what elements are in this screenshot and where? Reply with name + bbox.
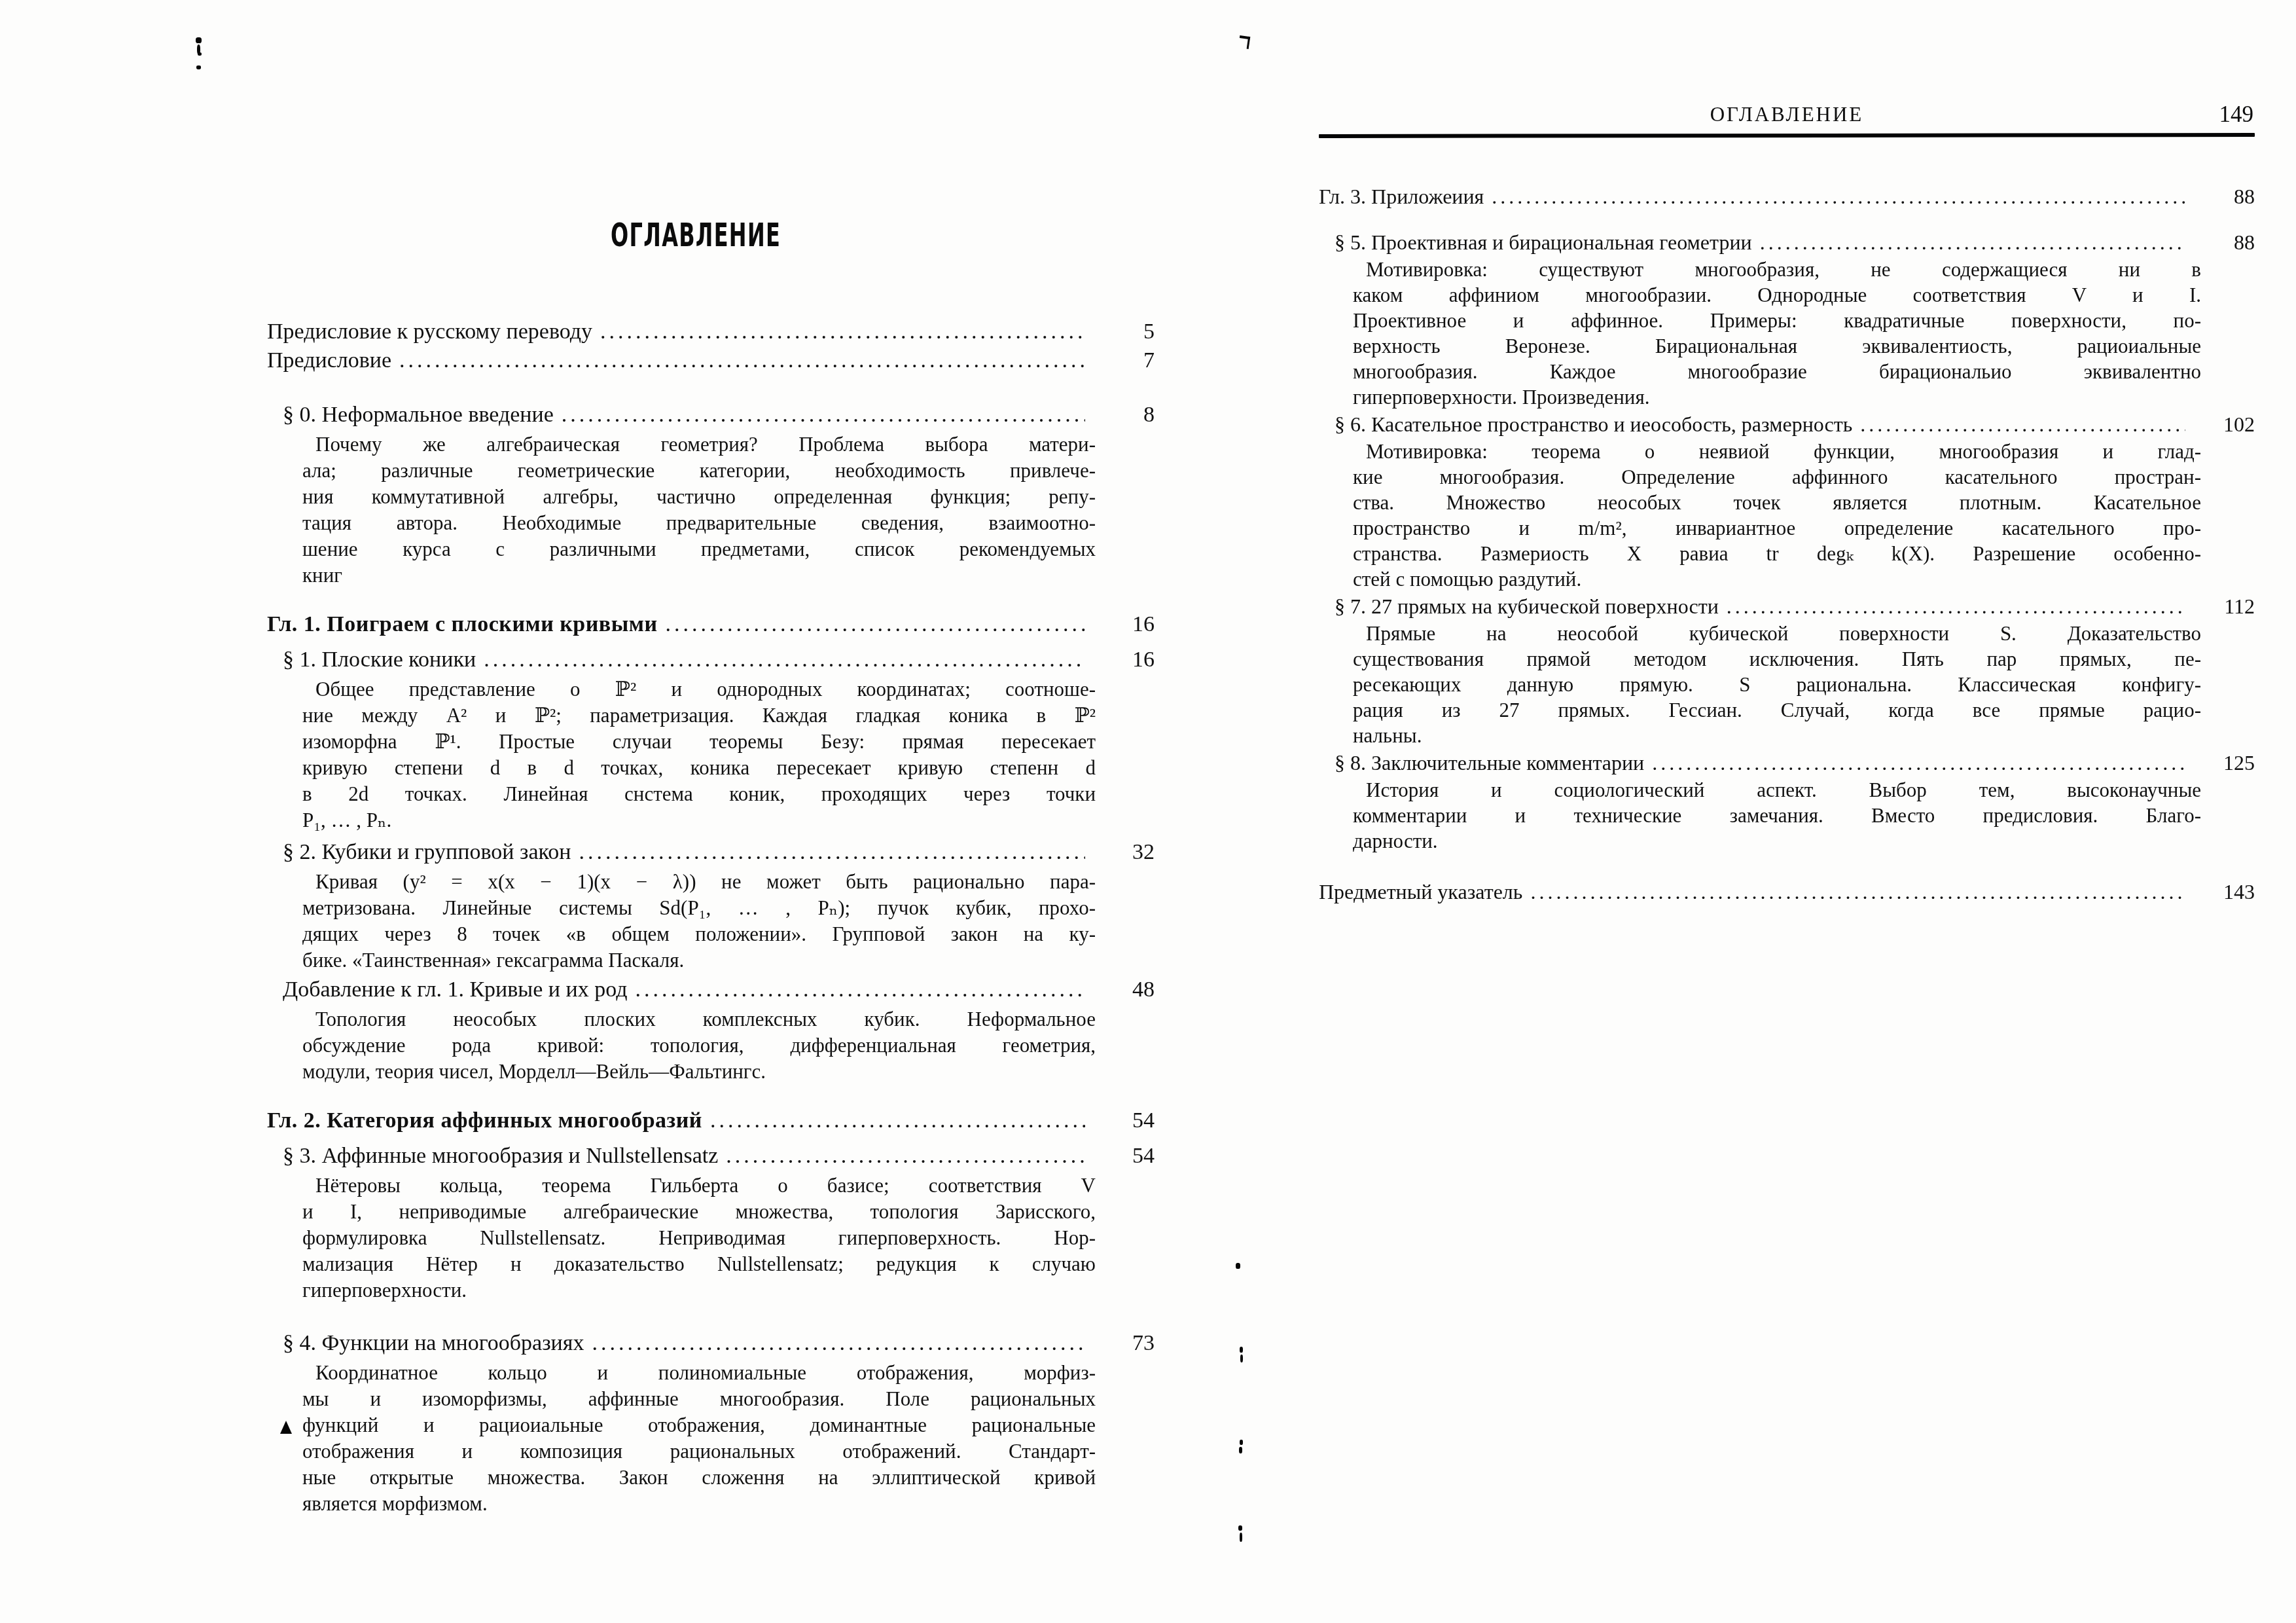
toc-entry-description: Мотивировка: существуют многообразия, не…	[1353, 257, 2201, 410]
toc-entry-page-number: 88	[2200, 228, 2255, 257]
toc-entry-label: § 3. Аффинные многообразия и Nullstellen…	[283, 1140, 718, 1173]
description-line: формулировка Nullstellensatz. Неприводим…	[302, 1225, 1096, 1251]
toc-entry-line: Предметный указатель143	[1319, 877, 2255, 906]
description-line: существования прямой методом исключения.…	[1353, 646, 2201, 672]
toc-entry-page-number: 54	[1100, 1104, 1155, 1137]
left-page-column: ОГЛАВЛЕНИЕ Предисловие к русскому перево…	[267, 218, 1155, 1517]
toc-title: ОГЛАВЛЕНИЕ	[237, 218, 1155, 252]
toc-entry-page-number: 16	[1100, 644, 1155, 676]
toc-entry-description: Кривая (y² = x(x − 1)(x − λ)) не может б…	[302, 869, 1096, 974]
toc-entry-description: Почему же алгебраическая геометрия? Проб…	[302, 431, 1096, 589]
scan-artifact	[1240, 1533, 1242, 1542]
description-line: в 2d точках. Линейная снстема коник, про…	[302, 781, 1096, 807]
right-page-column: ОГЛАВЛЕНИЕ 149 Гл. 3. Приложеиия88§ 5. П…	[1319, 97, 2255, 906]
description-line: стей с помощью раздутий.	[1353, 566, 2201, 592]
toc-entry-label: § 7. 27 прямых на кубической поверхности	[1335, 592, 1719, 621]
description-line: модули, теория чисел, Морделл—Вейль—Фаль…	[302, 1059, 1096, 1085]
description-line: мы и изоморфизмы, аффинные многообразия.…	[302, 1386, 1096, 1412]
toc-entry-page-number: 102	[2200, 410, 2255, 439]
toc-entry-description: Координатное кольцо и полиномиальные ото…	[302, 1360, 1096, 1517]
toc-entry-page-number: 54	[1100, 1140, 1155, 1173]
description-line: Топология неособых плоских комплексных к…	[302, 1006, 1096, 1032]
description-line: P₁, … , Pₙ.	[302, 807, 1096, 833]
toc-entry-line: Добавление к гл. 1. Кривые и их род48	[267, 974, 1155, 1006]
toc-entry-line: § 3. Аффинные многообразия и Nullstellen…	[267, 1140, 1155, 1173]
description-line: бике. «Таинственная» гексаграмма Паскаля…	[302, 947, 1096, 974]
description-line: Кривая (y² = x(x − 1)(x − λ)) не может б…	[302, 869, 1096, 895]
toc-entry-label: § 6. Касательное пространство и иеособос…	[1335, 410, 1852, 439]
scan-artifact	[196, 65, 201, 69]
description-line: Нётеровы кольца, теорема Гильберта о баз…	[302, 1173, 1096, 1199]
left-toc-entries: Предисловие к русскому переводу5Предисло…	[267, 318, 1155, 1517]
description-line: книг	[302, 562, 1096, 589]
description-line: ные открытые множества. Закон сложення н…	[302, 1465, 1096, 1491]
description-line: многообразия. Каждое многообразие бираци…	[1353, 359, 2201, 384]
description-line: Общее представление о ℙ² и однородных ко…	[302, 676, 1096, 702]
toc-entry-label: Гл. 1. Поиграем с плоскими кривыми	[267, 608, 658, 641]
scan-artifact	[1238, 35, 1250, 49]
dotted-leader	[710, 1104, 1085, 1137]
toc-entry-line: Предисловие к русскому переводу5	[267, 318, 1155, 346]
description-line: странства. Размериость X равиа tr degₖ k…	[1353, 541, 2201, 566]
toc-entry-label: Гл. 2. Категория аффинных многообразий	[267, 1104, 702, 1137]
toc-entry-line: § 0. Неформальное введение8	[267, 399, 1155, 431]
running-header: ОГЛАВЛЕНИЕ 149	[1319, 97, 2255, 132]
toc-entry-line: Гл. 1. Поиграем с плоскими кривыми16	[267, 608, 1155, 641]
toc-entry-page-number: 48	[1100, 974, 1155, 1006]
toc-entry-label: § 8. Заключительные комментарии	[1335, 748, 1644, 777]
dotted-leader	[579, 836, 1086, 869]
description-line: функций и рациоиальные отображения, доми…	[302, 1412, 1096, 1438]
toc-entry-page-number: 8	[1100, 399, 1155, 431]
toc-entry-page-number: 125	[2200, 748, 2255, 777]
toc-entry-page-number: 32	[1100, 836, 1155, 869]
toc-entry-description: Общее представление о ℙ² и однородных ко…	[302, 676, 1096, 833]
scan-artifact-triangle	[280, 1421, 292, 1434]
toc-entry-label: Предметный указатель	[1319, 877, 1522, 906]
description-line: ала; различные геометрические категории,…	[302, 458, 1096, 484]
description-line: метризована. Линейные системы Sd(P₁, … ,…	[302, 895, 1096, 921]
toc-entry-page-number: 73	[1100, 1327, 1155, 1360]
page-number: 149	[2219, 97, 2254, 132]
description-line: гиперповерхности. Произведения.	[1353, 384, 2201, 410]
dotted-leader	[592, 1327, 1085, 1360]
toc-entry-page-number: 16	[1100, 608, 1155, 641]
toc-entry-description: Нётеровы кольца, теорема Гильберта о баз…	[302, 1173, 1096, 1304]
dotted-leader	[636, 974, 1085, 1006]
scan-artifact	[1240, 1347, 1243, 1353]
toc-entry-label: § 4. Функции на многообразиях	[283, 1327, 584, 1360]
description-line: Мотивировка: теорема о неявиой функции, …	[1353, 439, 2201, 464]
toc-title-text: ОГЛАВЛЕНИЕ	[611, 218, 781, 252]
description-line: и I, неприводимые алгебраические множест…	[302, 1199, 1096, 1225]
toc-entry-description: Мотивировка: теорема о неявиой функции, …	[1353, 439, 2201, 592]
toc-entry-page-number: 143	[2200, 877, 2255, 906]
description-line: комментарии и технические замечания. Вме…	[1353, 803, 2201, 828]
toc-entry-line: § 2. Кубики и групповой закон32	[267, 836, 1155, 869]
description-line: Почему же алгебраическая геометрия? Проб…	[302, 431, 1096, 458]
toc-entry-label: § 5. Проективная и бирациональная геомет…	[1335, 228, 1752, 257]
toc-entry-label: Добавление к гл. 1. Кривые и их род	[283, 974, 628, 1006]
description-line: дарности.	[1353, 828, 2201, 854]
description-line: гиперповерхности.	[302, 1277, 1096, 1304]
description-line: ния коммутативной алгебры, частично опре…	[302, 484, 1096, 510]
description-line: тация автора. Необходимые предварительны…	[302, 510, 1096, 536]
dotted-leader	[726, 1140, 1085, 1173]
toc-entry-line: § 7. 27 прямых на кубической поверхности…	[1319, 592, 2255, 621]
dotted-leader	[666, 608, 1085, 641]
description-line: отображения и композиция рациональных от…	[302, 1438, 1096, 1465]
dotted-leader	[399, 346, 1085, 375]
running-header-title: ОГЛАВЛЕНИЕ	[1319, 97, 2255, 132]
description-line: рация из 27 прямых. Гессиан. Случай, ког…	[1353, 697, 2201, 723]
dotted-leader	[562, 399, 1085, 431]
scan-artifact	[1239, 1447, 1242, 1453]
scan-artifact	[1238, 1525, 1242, 1531]
description-line: нальны.	[1353, 723, 2201, 748]
description-line: кие многообразия. Определение аффинного …	[1353, 464, 2201, 490]
toc-entry-label: Предисловие к русскому переводу	[267, 318, 592, 346]
dotted-leader	[1727, 592, 2185, 621]
toc-entry-label: Предисловие	[267, 346, 391, 375]
description-line: Мотивировка: существуют многообразия, не…	[1353, 257, 2201, 282]
description-line: Координатное кольцо и полиномиальные ото…	[302, 1360, 1096, 1386]
right-toc-entries: Гл. 3. Приложеиия88§ 5. Проективная и би…	[1319, 137, 2255, 906]
toc-entry-label: § 1. Плоские коники	[283, 644, 476, 676]
toc-entry-line: § 1. Плоские коники16	[267, 644, 1155, 676]
toc-entry-label: § 2. Кубики и групповой закон	[283, 836, 571, 869]
description-line: каком аффиниом многообразии. Однородные …	[1353, 282, 2201, 308]
toc-entry-line: § 8. Заключительные комментарии125	[1319, 748, 2255, 777]
description-line: пространство и m/m², инвариантное опреде…	[1353, 515, 2201, 541]
toc-entry-page-number: 112	[2200, 592, 2255, 621]
description-line: ние между A² и ℙ²; параметризация. Кажда…	[302, 702, 1096, 729]
description-line: мализация Нётер н доказательство Nullste…	[302, 1251, 1096, 1277]
toc-entry-page-number: 5	[1100, 318, 1155, 346]
description-line: ства. Множество неособых точек является …	[1353, 490, 2201, 515]
toc-entry-line: § 4. Функции на многообразиях73	[267, 1327, 1155, 1360]
scan-artifact	[1240, 1440, 1243, 1445]
scan-artifact	[1236, 1263, 1240, 1269]
toc-entry-line: § 6. Касательное пространство и иеособос…	[1319, 410, 2255, 439]
toc-entry-label: Гл. 3. Приложеиия	[1319, 182, 1484, 211]
dotted-leader	[600, 318, 1085, 346]
toc-entry-line: Гл. 2. Категория аффинных многообразий54	[267, 1104, 1155, 1137]
description-line: дящих через 8 точек «в общем положении».…	[302, 921, 1096, 947]
description-line: обсуждение рода кривой: топология, диффе…	[302, 1032, 1096, 1059]
toc-entry-line: § 5. Проективная и бирациональная геомет…	[1319, 228, 2255, 257]
description-line: шение курса с различными предметами, спи…	[302, 536, 1096, 562]
toc-entry-page-number: 7	[1100, 346, 1155, 375]
toc-entry-line: Гл. 3. Приложеиия88	[1319, 182, 2255, 211]
description-line: История и социологический аспект. Выбор …	[1353, 777, 2201, 803]
dotted-leader	[1860, 410, 2185, 439]
description-line: Прямые на неособой кубической поверхност…	[1353, 621, 2201, 646]
scan-artifact	[196, 37, 202, 43]
toc-entry-description: Прямые на неособой кубической поверхност…	[1353, 621, 2201, 748]
toc-entry-description: Топология неособых плоских комплексных к…	[302, 1006, 1096, 1085]
scan-artifact	[198, 52, 202, 56]
dotted-leader	[1760, 228, 2185, 257]
dotted-leader	[1652, 748, 2185, 777]
toc-entry-page-number: 88	[2200, 182, 2255, 211]
description-line: Проективное и аффинное. Примеры: квадрат…	[1353, 308, 2201, 333]
scan-artifact	[1240, 1355, 1243, 1362]
description-line: изоморфна ℙ¹. Простые случаи теоремы Без…	[302, 729, 1096, 755]
description-line: ресекающих данную прямую. S рациональна.…	[1353, 672, 2201, 697]
dotted-leader	[1530, 877, 2185, 906]
description-line: верхность Веронезе. Бирациональная эквив…	[1353, 333, 2201, 359]
description-line: является морфизмом.	[302, 1491, 1096, 1517]
scanned-book-spread: ОГЛАВЛЕНИЕ Предисловие к русскому перево…	[0, 0, 2296, 1623]
toc-entry-line: Предисловие7	[267, 346, 1155, 375]
description-line: кривую степени d в d точках, коника пере…	[302, 755, 1096, 781]
toc-entry-label: § 0. Неформальное введение	[283, 399, 554, 431]
dotted-leader	[1492, 182, 2185, 211]
toc-entry-description: История и социологический аспект. Выбор …	[1353, 777, 2201, 854]
dotted-leader	[484, 644, 1085, 676]
